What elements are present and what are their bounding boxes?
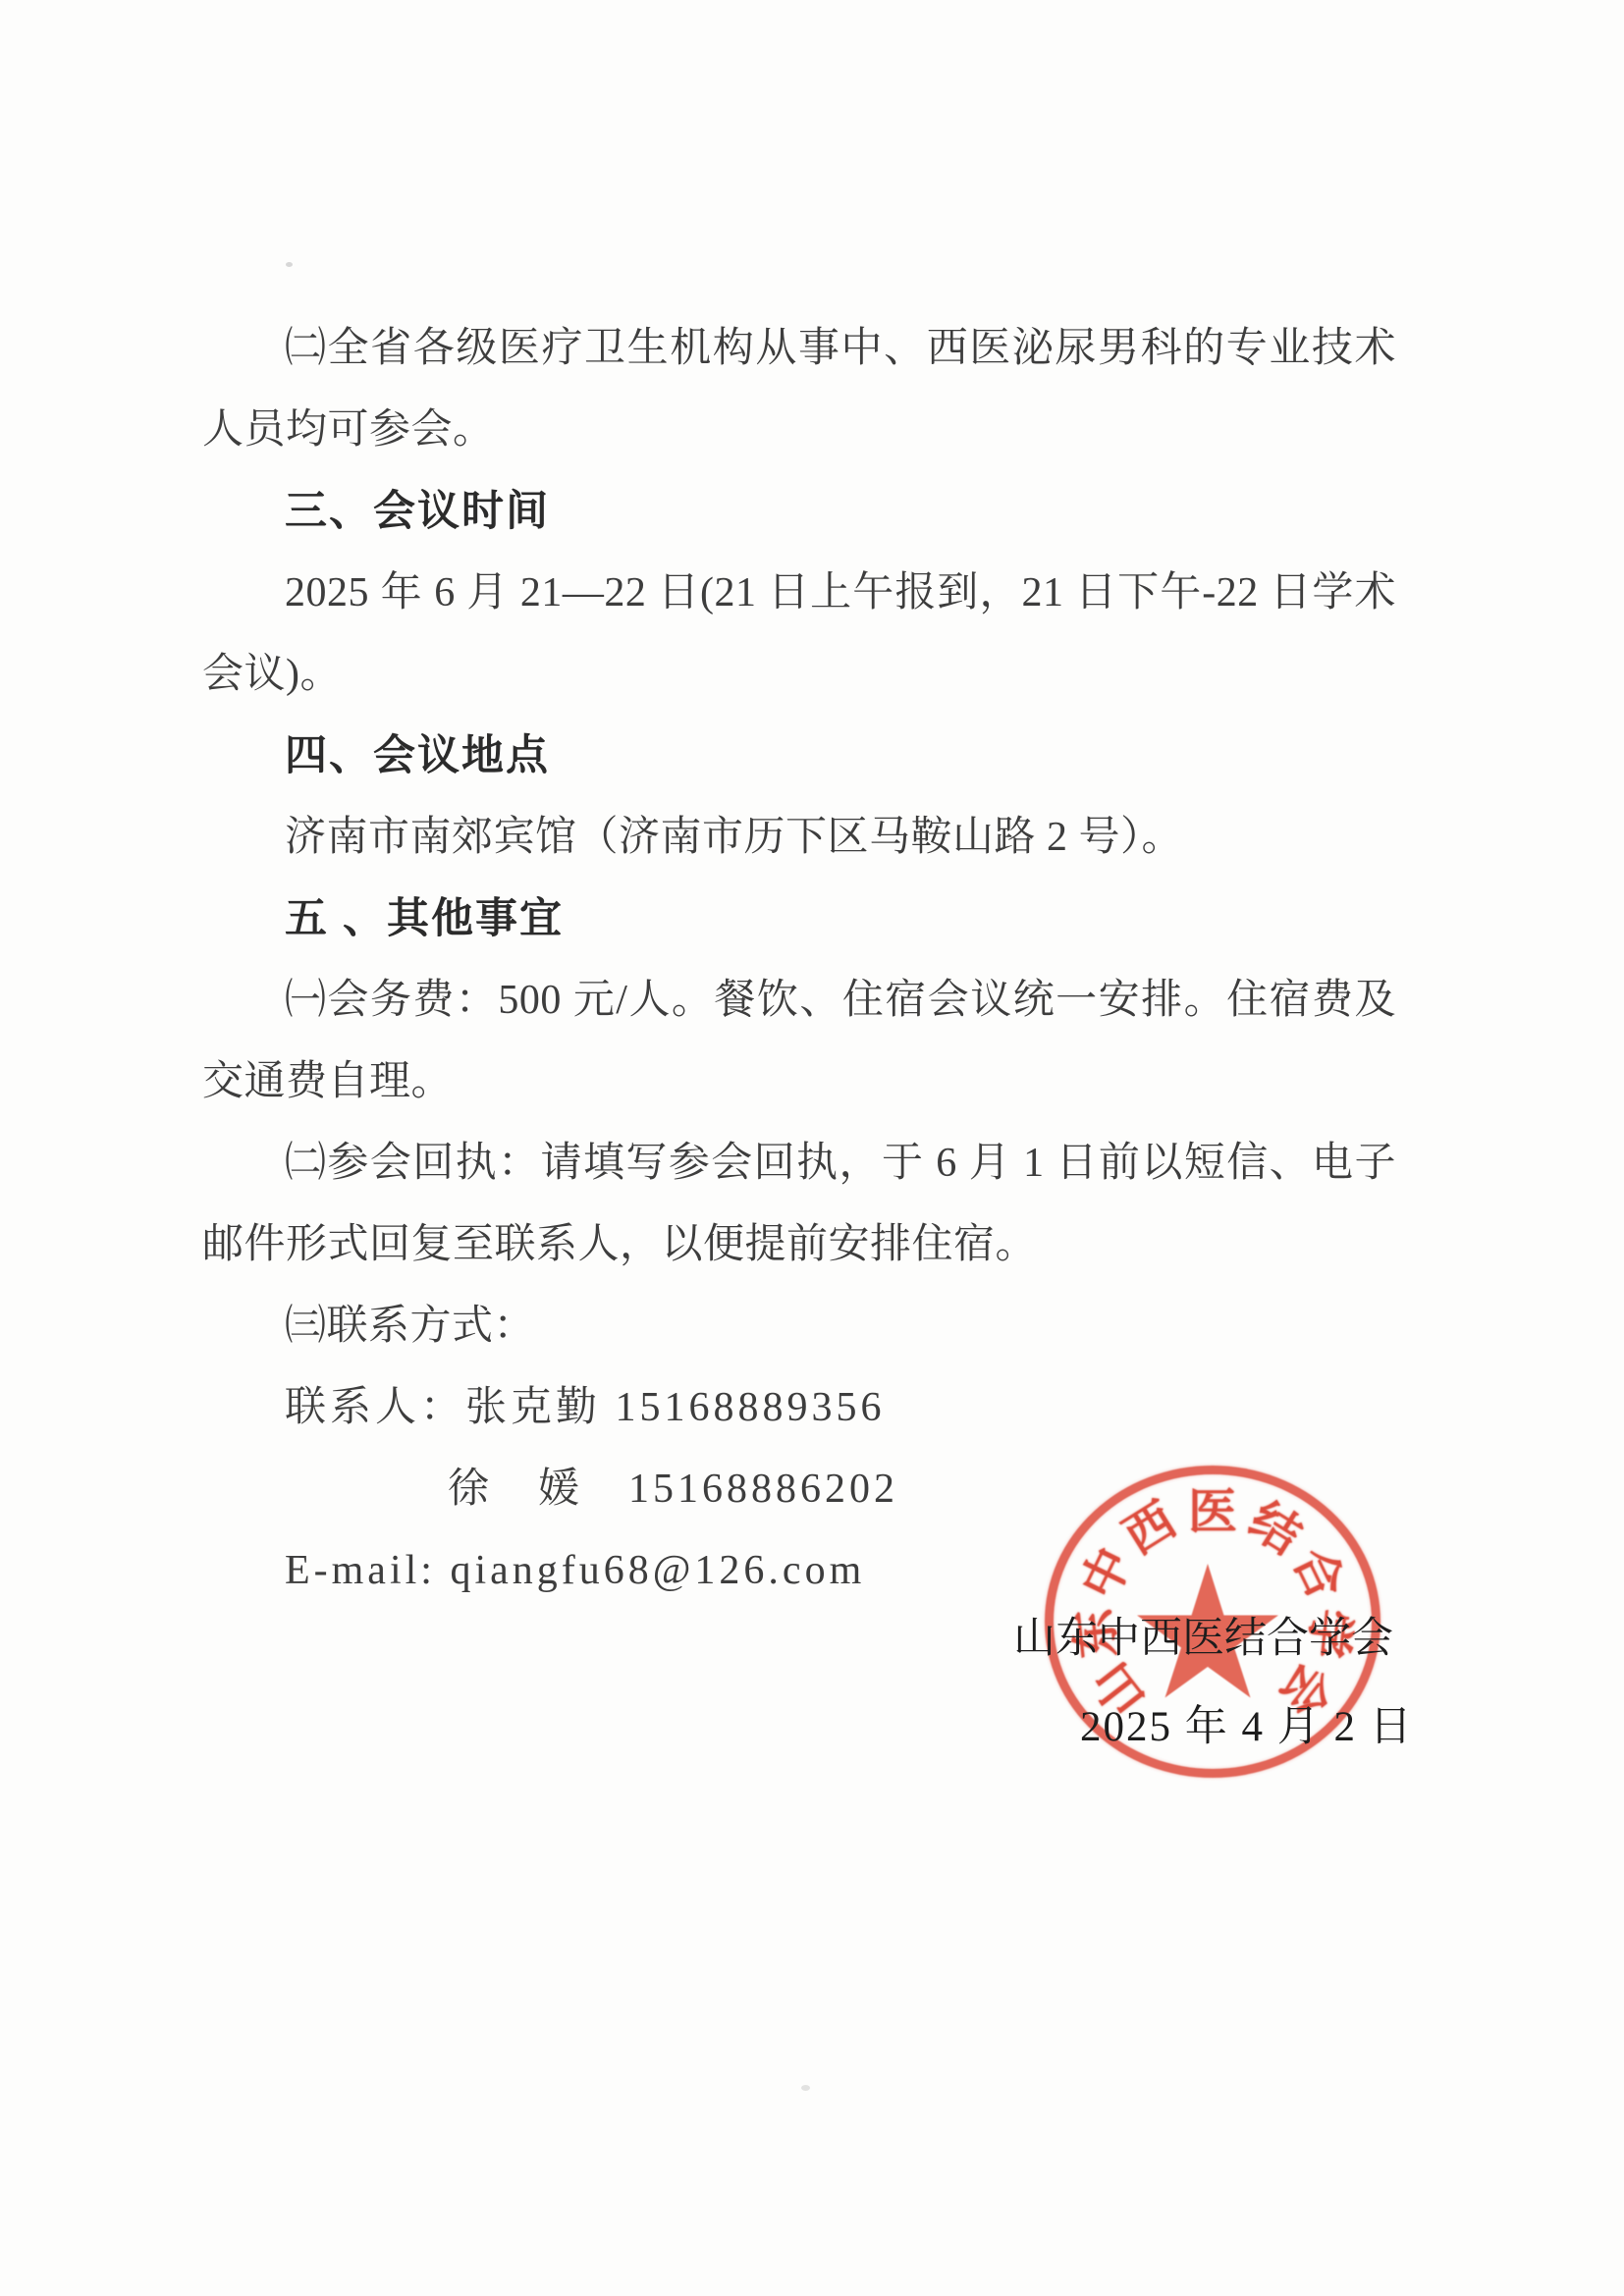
text-line: ㈡参会回执：请填写参会回执，于 6 月 1 日前以短信、电子 xyxy=(202,1123,1396,1204)
scanned-document-page: 山东中西医结合学会 ㈡全省各级医疗卫生机构从事中、西医泌尿男科的专业技术人员均可… xyxy=(0,0,1624,2296)
section-heading: 五 、其他事宜 xyxy=(202,879,1396,960)
document-text: ㈡全省各级医疗卫生机构从事中、西医泌尿男科的专业技术人员均可参会。三、会议时间2… xyxy=(202,308,1396,1612)
text-line: 2025 年 6 月 21—22 日(21 日上午报到，21 日下午-22 日学… xyxy=(202,553,1396,634)
signature-org: 山东中西医结合学会 xyxy=(1013,1618,1393,1660)
text-line: 济南市南郊宾馆（济南市历下区马鞍山路 2 号）。 xyxy=(202,797,1396,879)
text-line: E-mail: qiangfu68@126.com xyxy=(202,1530,1396,1612)
section-heading: 三、会议时间 xyxy=(202,471,1396,553)
text-line: ㈢联系方式： xyxy=(202,1286,1396,1367)
text-line: 交通费自理。 xyxy=(202,1041,1396,1123)
section-heading: 四、会议地点 xyxy=(202,716,1396,797)
text-line: 会议)。 xyxy=(202,634,1396,716)
scan-speck xyxy=(801,2085,810,2091)
text-line: ㈡全省各级医疗卫生机构从事中、西医泌尿男科的专业技术 xyxy=(202,308,1396,390)
text-line: ㈠会务费：500 元/人。餐饮、住宿会议统一安排。住宿费及 xyxy=(202,960,1396,1041)
scan-speck xyxy=(286,262,293,267)
signature-date: 2025 年 4 月 2 日 xyxy=(1080,1706,1414,1748)
text-line: 邮件形式回复至联系人，以便提前安排住宿。 xyxy=(202,1204,1396,1286)
text-line: 人员均可参会。 xyxy=(202,390,1396,471)
text-line: 徐 媛 15168886202 xyxy=(202,1449,1396,1530)
text-line: 联系人：张克勤 15168889356 xyxy=(202,1367,1396,1449)
